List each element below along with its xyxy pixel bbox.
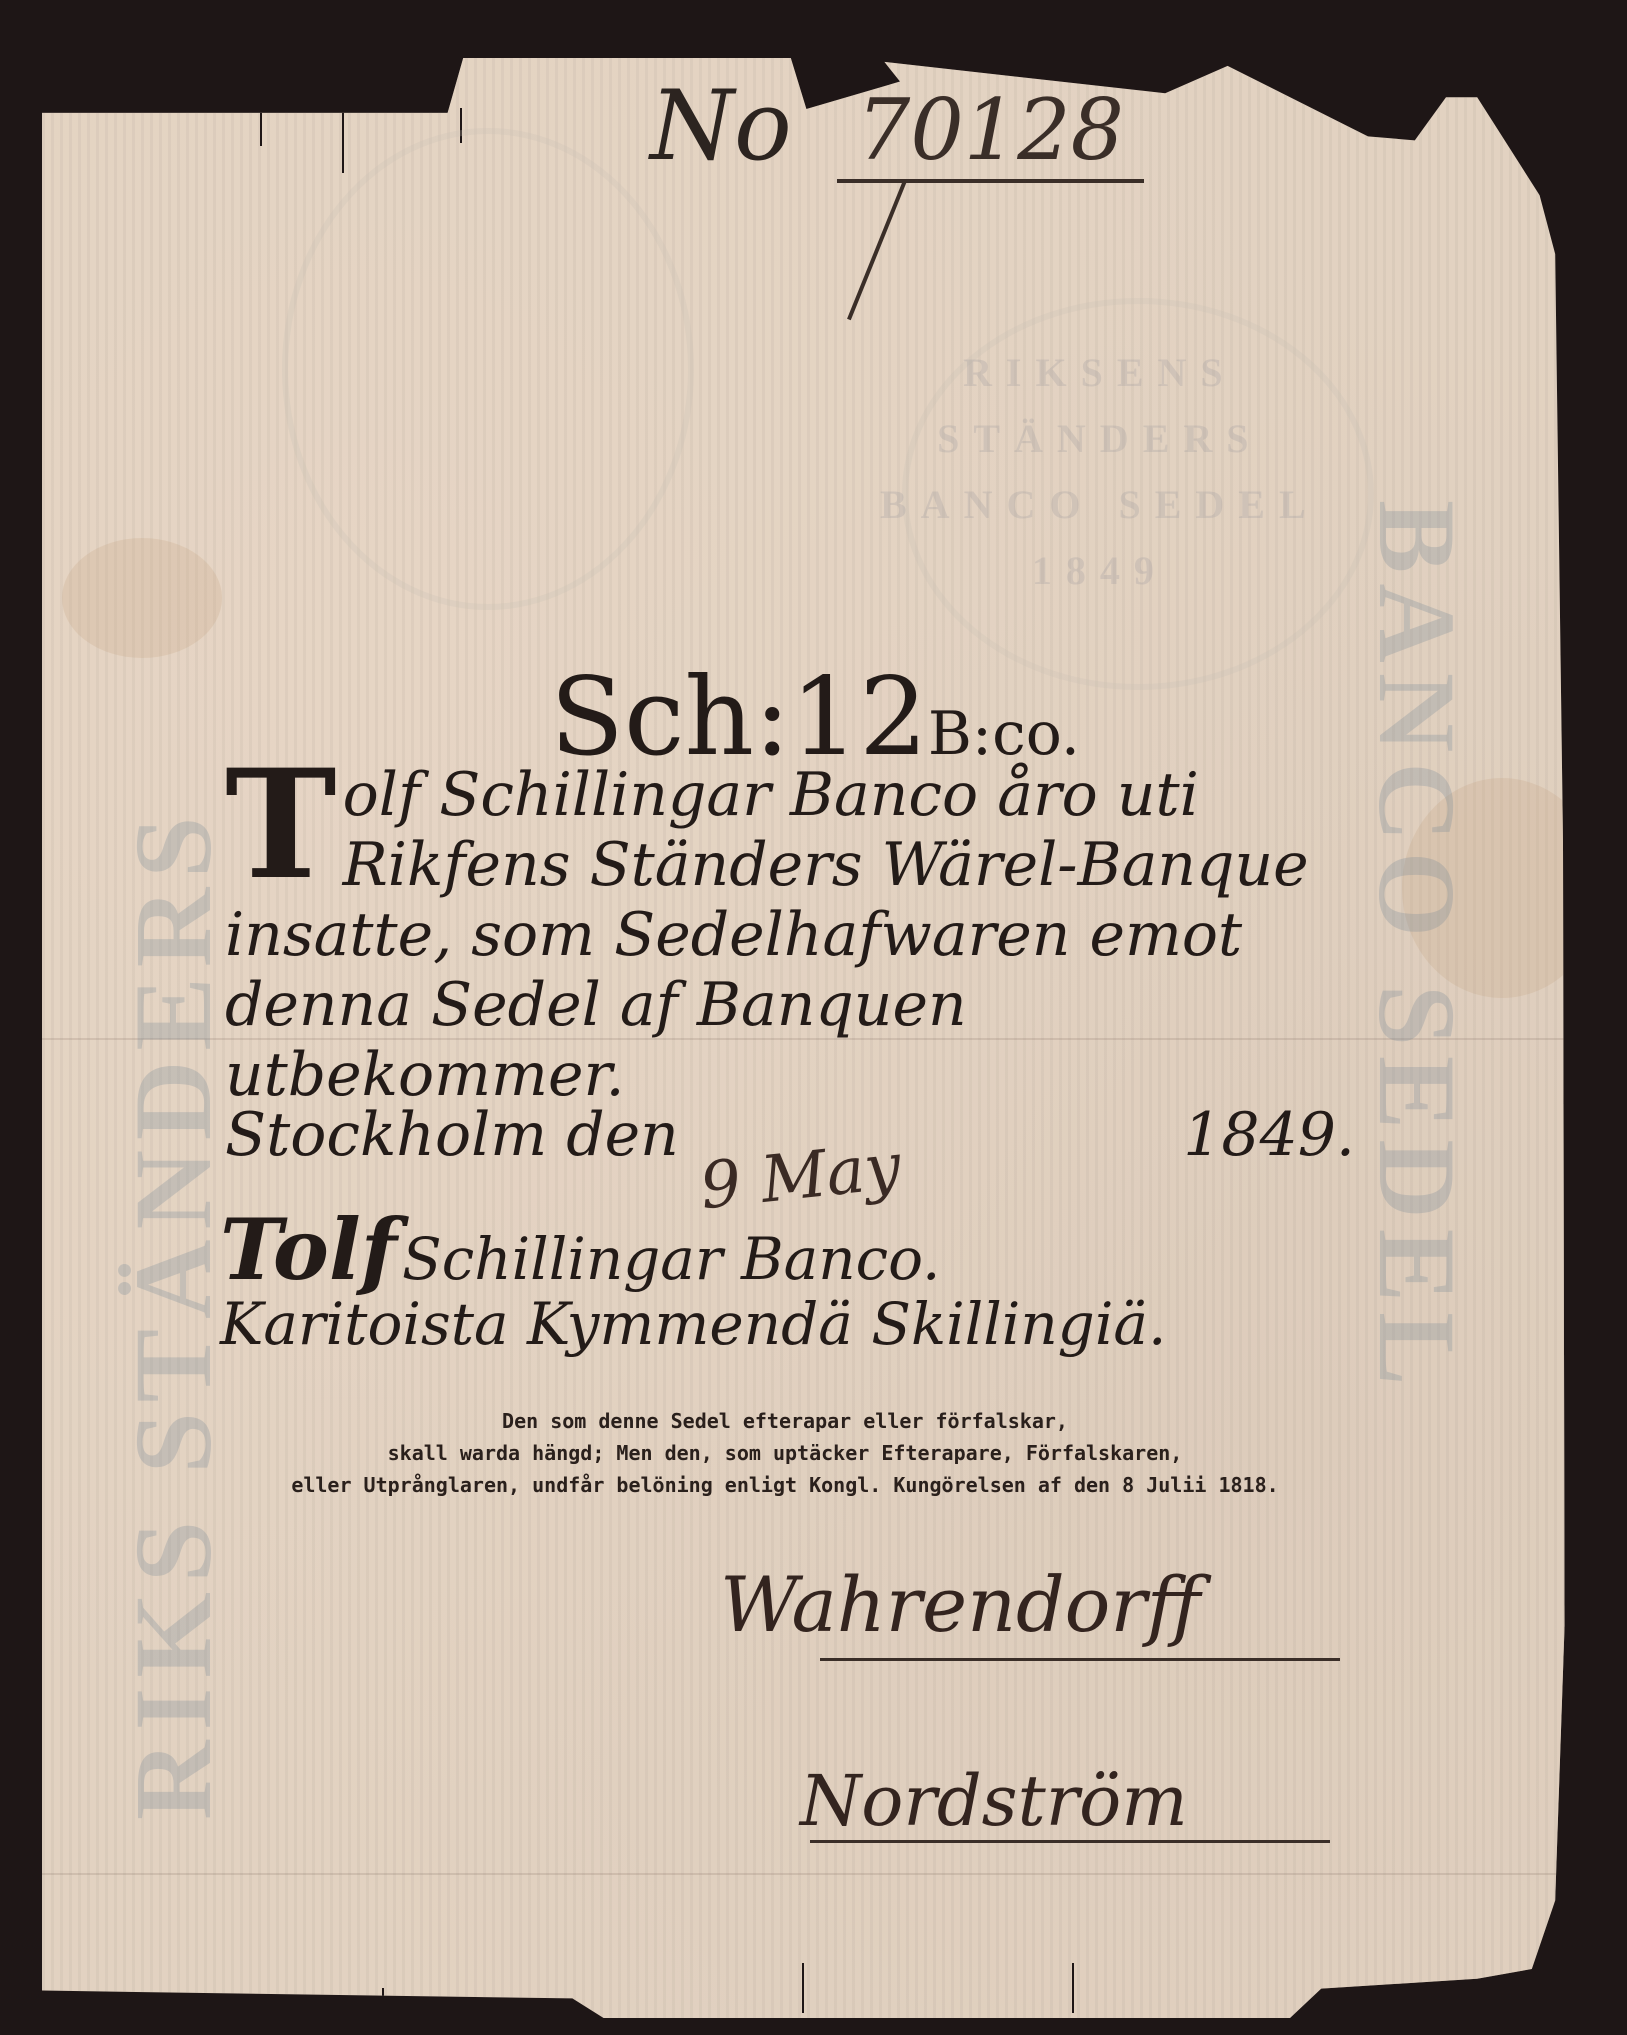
edge-tear bbox=[260, 98, 262, 146]
signature-2: Nordström bbox=[800, 1760, 1188, 1842]
amount-words-big: Tolf bbox=[220, 1200, 397, 1299]
edge-tear bbox=[342, 98, 344, 173]
signature-line bbox=[820, 1658, 1340, 1661]
watermark-line: 1849 bbox=[880, 538, 1320, 604]
watermark-line: STÄNDERS bbox=[880, 406, 1320, 472]
promise-body: olf Schillingar Banco åro uti Rikfens St… bbox=[225, 760, 1309, 1110]
year: 1849. bbox=[1183, 1100, 1355, 1170]
amount-words: Tolf Schillingar Banco. bbox=[220, 1200, 940, 1299]
city: Stockholm den bbox=[225, 1100, 679, 1170]
finnish-amount: Karitoista Kymmendä Skillingiä. bbox=[220, 1290, 1166, 1358]
watermark-center: RIKSENS STÄNDERS BANCO SEDEL 1849 bbox=[880, 340, 1320, 604]
counterfeit-warning: Den som denne Sedel efterapar eller förf… bbox=[215, 1405, 1355, 1501]
ornate-initial: T bbox=[225, 760, 337, 890]
amount-words-rest: Schillingar Banco. bbox=[402, 1225, 940, 1293]
warning-line: skall warda hängd; Men den, som uptäcker… bbox=[215, 1437, 1355, 1469]
watermark-line: BANCO SEDEL bbox=[880, 472, 1320, 538]
promise-text: Tolf Schillingar Banco åro uti Rikfens S… bbox=[225, 760, 1355, 1110]
edge-tear bbox=[802, 1963, 804, 2013]
edge-tear bbox=[382, 1988, 384, 2018]
serial-prefix: No bbox=[650, 70, 792, 182]
watermark-oval bbox=[282, 128, 694, 610]
warning-line: eller Utprånglaren, undfår belöning enli… bbox=[215, 1469, 1355, 1501]
serial-number: No 70128 bbox=[650, 70, 1144, 182]
fold-line bbox=[42, 1873, 1602, 1875]
signature-1: Wahrendorff bbox=[720, 1560, 1201, 1649]
watermark-right: BANCO SEDEL bbox=[1353, 500, 1480, 1395]
stain bbox=[62, 538, 222, 658]
warning-line: Den som denne Sedel efterapar eller förf… bbox=[215, 1405, 1355, 1437]
signature-line bbox=[810, 1840, 1330, 1843]
denomination-suffix: B:co. bbox=[928, 699, 1080, 769]
edge-tear bbox=[1072, 1963, 1074, 2013]
watermark-line: RIKSENS bbox=[880, 340, 1320, 406]
watermark-left: RIKS STÄNDERS bbox=[110, 807, 237, 1820]
serial-value: 70128 bbox=[837, 81, 1144, 183]
